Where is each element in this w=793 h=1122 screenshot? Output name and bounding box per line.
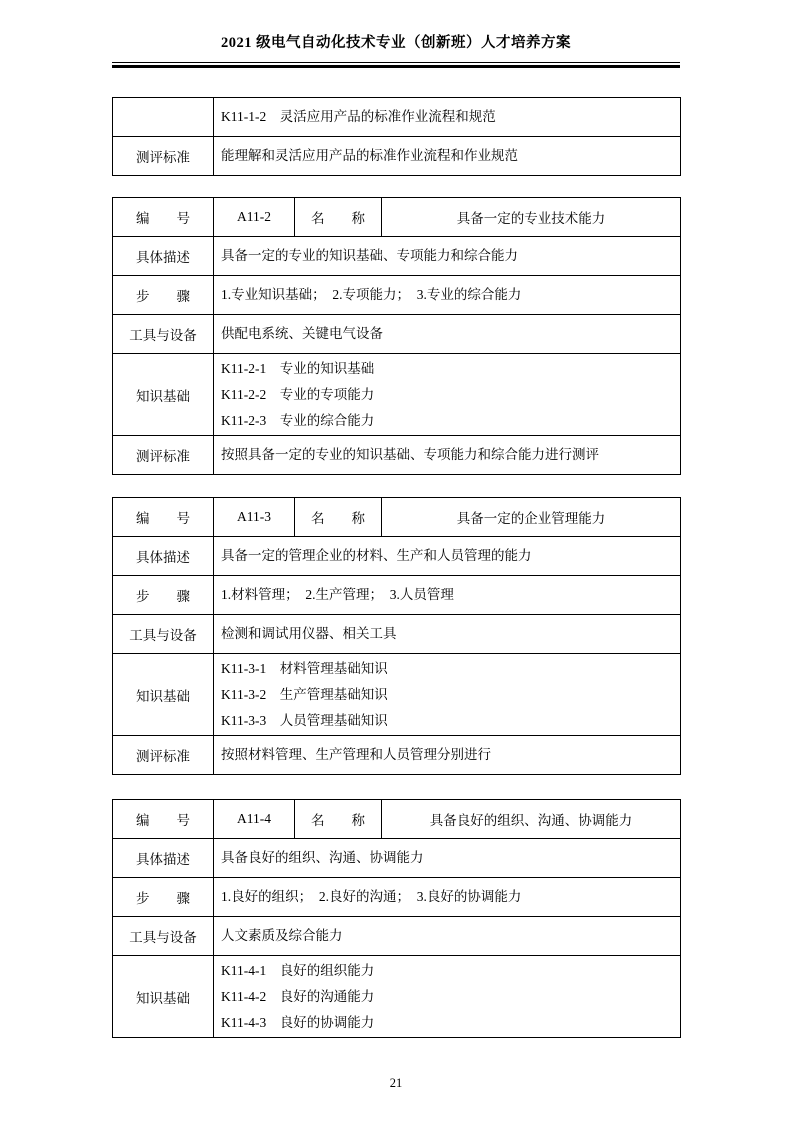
no-label-cell: 编 号 xyxy=(113,498,214,537)
tables-container: K11-1-2 灵活应用产品的标准作业流程和规范测评标准能理解和灵活应用产品的标… xyxy=(112,97,680,1038)
table-header-row: 编 号A11-2名 称具备一定的专业技术能力 xyxy=(113,198,681,237)
spec-table: 编 号A11-4名 称具备良好的组织、沟通、协调能力具体描述具备良好的组织、沟通… xyxy=(112,799,681,1038)
table-header-row: 编 号A11-3名 称具备一定的企业管理能力 xyxy=(113,498,681,537)
row-value-cell: 按照材料管理、生产管理和人员管理分别进行 xyxy=(214,736,681,775)
table-row: 知识基础K11-2-1 专业的知识基础K11-2-2 专业的专项能力K11-2-… xyxy=(113,354,681,436)
table-row: 步 骤1.良好的组织； 2.良好的沟通； 3.良好的协调能力 xyxy=(113,878,681,917)
page-number: 21 xyxy=(112,1076,680,1091)
row-value-cell: 1.材料管理； 2.生产管理； 3.人员管理 xyxy=(214,576,681,615)
row-value-cell: 具备一定的专业的知识基础、专项能力和综合能力 xyxy=(214,237,681,276)
table-row: 工具与设备供配电系统、关键电气设备 xyxy=(113,315,681,354)
row-value-line: 1.良好的组织； 2.良好的沟通； 3.良好的协调能力 xyxy=(214,884,680,910)
row-value-line: 按照具备一定的专业的知识基础、专项能力和综合能力进行测评 xyxy=(214,442,680,468)
document-title: 2021 级电气自动化技术专业（创新班）人才培养方案 xyxy=(112,0,680,54)
no-value-cell: A11-4 xyxy=(214,800,295,839)
row-label-cell: 知识基础 xyxy=(113,956,214,1038)
row-value-cell: 检测和调试用仪器、相关工具 xyxy=(214,615,681,654)
row-label-cell: 测评标准 xyxy=(113,736,214,775)
row-value-line: 具备良好的组织、沟通、协调能力 xyxy=(214,845,680,871)
row-label-cell: 测评标准 xyxy=(113,436,214,475)
document-page: 2021 级电气自动化技术专业（创新班）人才培养方案 K11-1-2 灵活应用产… xyxy=(0,0,793,1122)
header-double-rule xyxy=(112,62,680,68)
name-value-cell: 具备一定的企业管理能力 xyxy=(382,498,681,537)
row-value-cell: K11-3-1 材料管理基础知识K11-3-2 生产管理基础知识K11-3-3 … xyxy=(214,654,681,736)
table-row: 测评标准按照材料管理、生产管理和人员管理分别进行 xyxy=(113,736,681,775)
row-value-cell: K11-4-1 良好的组织能力K11-4-2 良好的沟通能力K11-4-3 良好… xyxy=(214,956,681,1038)
row-value-cell: K11-2-1 专业的知识基础K11-2-2 专业的专项能力K11-2-3 专业… xyxy=(214,354,681,436)
row-label-cell: 知识基础 xyxy=(113,654,214,736)
table-row: 具体描述具备一定的专业的知识基础、专项能力和综合能力 xyxy=(113,237,681,276)
row-value-line: K11-3-3 人员管理基础知识 xyxy=(214,708,680,734)
row-value-line: 供配电系统、关键电气设备 xyxy=(214,321,680,347)
row-value-line: K11-3-1 材料管理基础知识 xyxy=(214,656,680,682)
row-value-cell: 具备良好的组织、沟通、协调能力 xyxy=(214,839,681,878)
row-value-line: 1.专业知识基础； 2.专项能力； 3.专业的综合能力 xyxy=(214,282,680,308)
row-value-cell: K11-1-2 灵活应用产品的标准作业流程和规范 xyxy=(214,98,681,137)
row-value-line: K11-4-1 良好的组织能力 xyxy=(214,958,680,984)
row-value-line: 具备一定的专业的知识基础、专项能力和综合能力 xyxy=(214,243,680,269)
row-value-cell: 能理解和灵活应用产品的标准作业流程和作业规范 xyxy=(214,137,681,176)
row-value-line: 1.材料管理； 2.生产管理； 3.人员管理 xyxy=(214,582,680,608)
row-value-cell: 供配电系统、关键电气设备 xyxy=(214,315,681,354)
row-label-cell: 知识基础 xyxy=(113,354,214,436)
row-value-line: K11-1-2 灵活应用产品的标准作业流程和规范 xyxy=(214,104,680,130)
table-row: 工具与设备检测和调试用仪器、相关工具 xyxy=(113,615,681,654)
row-value-line: K11-2-1 专业的知识基础 xyxy=(214,356,680,382)
row-value-cell: 1.良好的组织； 2.良好的沟通； 3.良好的协调能力 xyxy=(214,878,681,917)
name-label-cell: 名 称 xyxy=(295,198,382,237)
table-row: 工具与设备人文素质及综合能力 xyxy=(113,917,681,956)
row-value-line: 具备一定的管理企业的材料、生产和人员管理的能力 xyxy=(214,543,680,569)
spec-table: 编 号A11-3名 称具备一定的企业管理能力具体描述具备一定的管理企业的材料、生… xyxy=(112,497,681,775)
name-label-cell: 名 称 xyxy=(295,800,382,839)
row-value-line: K11-4-3 良好的协调能力 xyxy=(214,1010,680,1036)
table-row: 测评标准按照具备一定的专业的知识基础、专项能力和综合能力进行测评 xyxy=(113,436,681,475)
row-label-cell: 步 骤 xyxy=(113,878,214,917)
name-value-cell: 具备一定的专业技术能力 xyxy=(382,198,681,237)
row-value-cell: 人文素质及综合能力 xyxy=(214,917,681,956)
row-value-line: K11-2-3 专业的综合能力 xyxy=(214,408,680,434)
spec-table: 编 号A11-2名 称具备一定的专业技术能力具体描述具备一定的专业的知识基础、专… xyxy=(112,197,681,475)
spec-table-continued: K11-1-2 灵活应用产品的标准作业流程和规范测评标准能理解和灵活应用产品的标… xyxy=(112,97,681,176)
table-row: 具体描述具备一定的管理企业的材料、生产和人员管理的能力 xyxy=(113,537,681,576)
row-value-line: K11-2-2 专业的专项能力 xyxy=(214,382,680,408)
no-value-cell: A11-3 xyxy=(214,498,295,537)
table-row: 步 骤1.材料管理； 2.生产管理； 3.人员管理 xyxy=(113,576,681,615)
row-label-cell: 工具与设备 xyxy=(113,917,214,956)
table-header-row: 编 号A11-4名 称具备良好的组织、沟通、协调能力 xyxy=(113,800,681,839)
no-value-cell: A11-2 xyxy=(214,198,295,237)
row-label-cell: 具体描述 xyxy=(113,237,214,276)
page-content: 2021 级电气自动化技术专业（创新班）人才培养方案 K11-1-2 灵活应用产… xyxy=(112,0,680,1091)
row-value-cell: 具备一定的管理企业的材料、生产和人员管理的能力 xyxy=(214,537,681,576)
row-label-cell: 测评标准 xyxy=(113,137,214,176)
row-label-cell xyxy=(113,98,214,137)
row-label-cell: 步 骤 xyxy=(113,276,214,315)
row-label-cell: 步 骤 xyxy=(113,576,214,615)
row-value-line: K11-3-2 生产管理基础知识 xyxy=(214,682,680,708)
row-value-line: K11-4-2 良好的沟通能力 xyxy=(214,984,680,1010)
name-value-cell: 具备良好的组织、沟通、协调能力 xyxy=(382,800,681,839)
table-row: 具体描述具备良好的组织、沟通、协调能力 xyxy=(113,839,681,878)
table-row: 步 骤1.专业知识基础； 2.专项能力； 3.专业的综合能力 xyxy=(113,276,681,315)
row-value-cell: 1.专业知识基础； 2.专项能力； 3.专业的综合能力 xyxy=(214,276,681,315)
row-label-cell: 具体描述 xyxy=(113,839,214,878)
no-label-cell: 编 号 xyxy=(113,800,214,839)
row-label-cell: 具体描述 xyxy=(113,537,214,576)
row-value-line: 按照材料管理、生产管理和人员管理分别进行 xyxy=(214,742,680,768)
row-label-cell: 工具与设备 xyxy=(113,315,214,354)
name-label-cell: 名 称 xyxy=(295,498,382,537)
table-row: K11-1-2 灵活应用产品的标准作业流程和规范 xyxy=(113,98,681,137)
row-value-line: 检测和调试用仪器、相关工具 xyxy=(214,621,680,647)
row-value-line: 人文素质及综合能力 xyxy=(214,923,680,949)
row-value-cell: 按照具备一定的专业的知识基础、专项能力和综合能力进行测评 xyxy=(214,436,681,475)
row-value-line: 能理解和灵活应用产品的标准作业流程和作业规范 xyxy=(214,143,680,169)
table-row: 知识基础K11-4-1 良好的组织能力K11-4-2 良好的沟通能力K11-4-… xyxy=(113,956,681,1038)
row-label-cell: 工具与设备 xyxy=(113,615,214,654)
no-label-cell: 编 号 xyxy=(113,198,214,237)
table-row: 测评标准能理解和灵活应用产品的标准作业流程和作业规范 xyxy=(113,137,681,176)
table-row: 知识基础K11-3-1 材料管理基础知识K11-3-2 生产管理基础知识K11-… xyxy=(113,654,681,736)
